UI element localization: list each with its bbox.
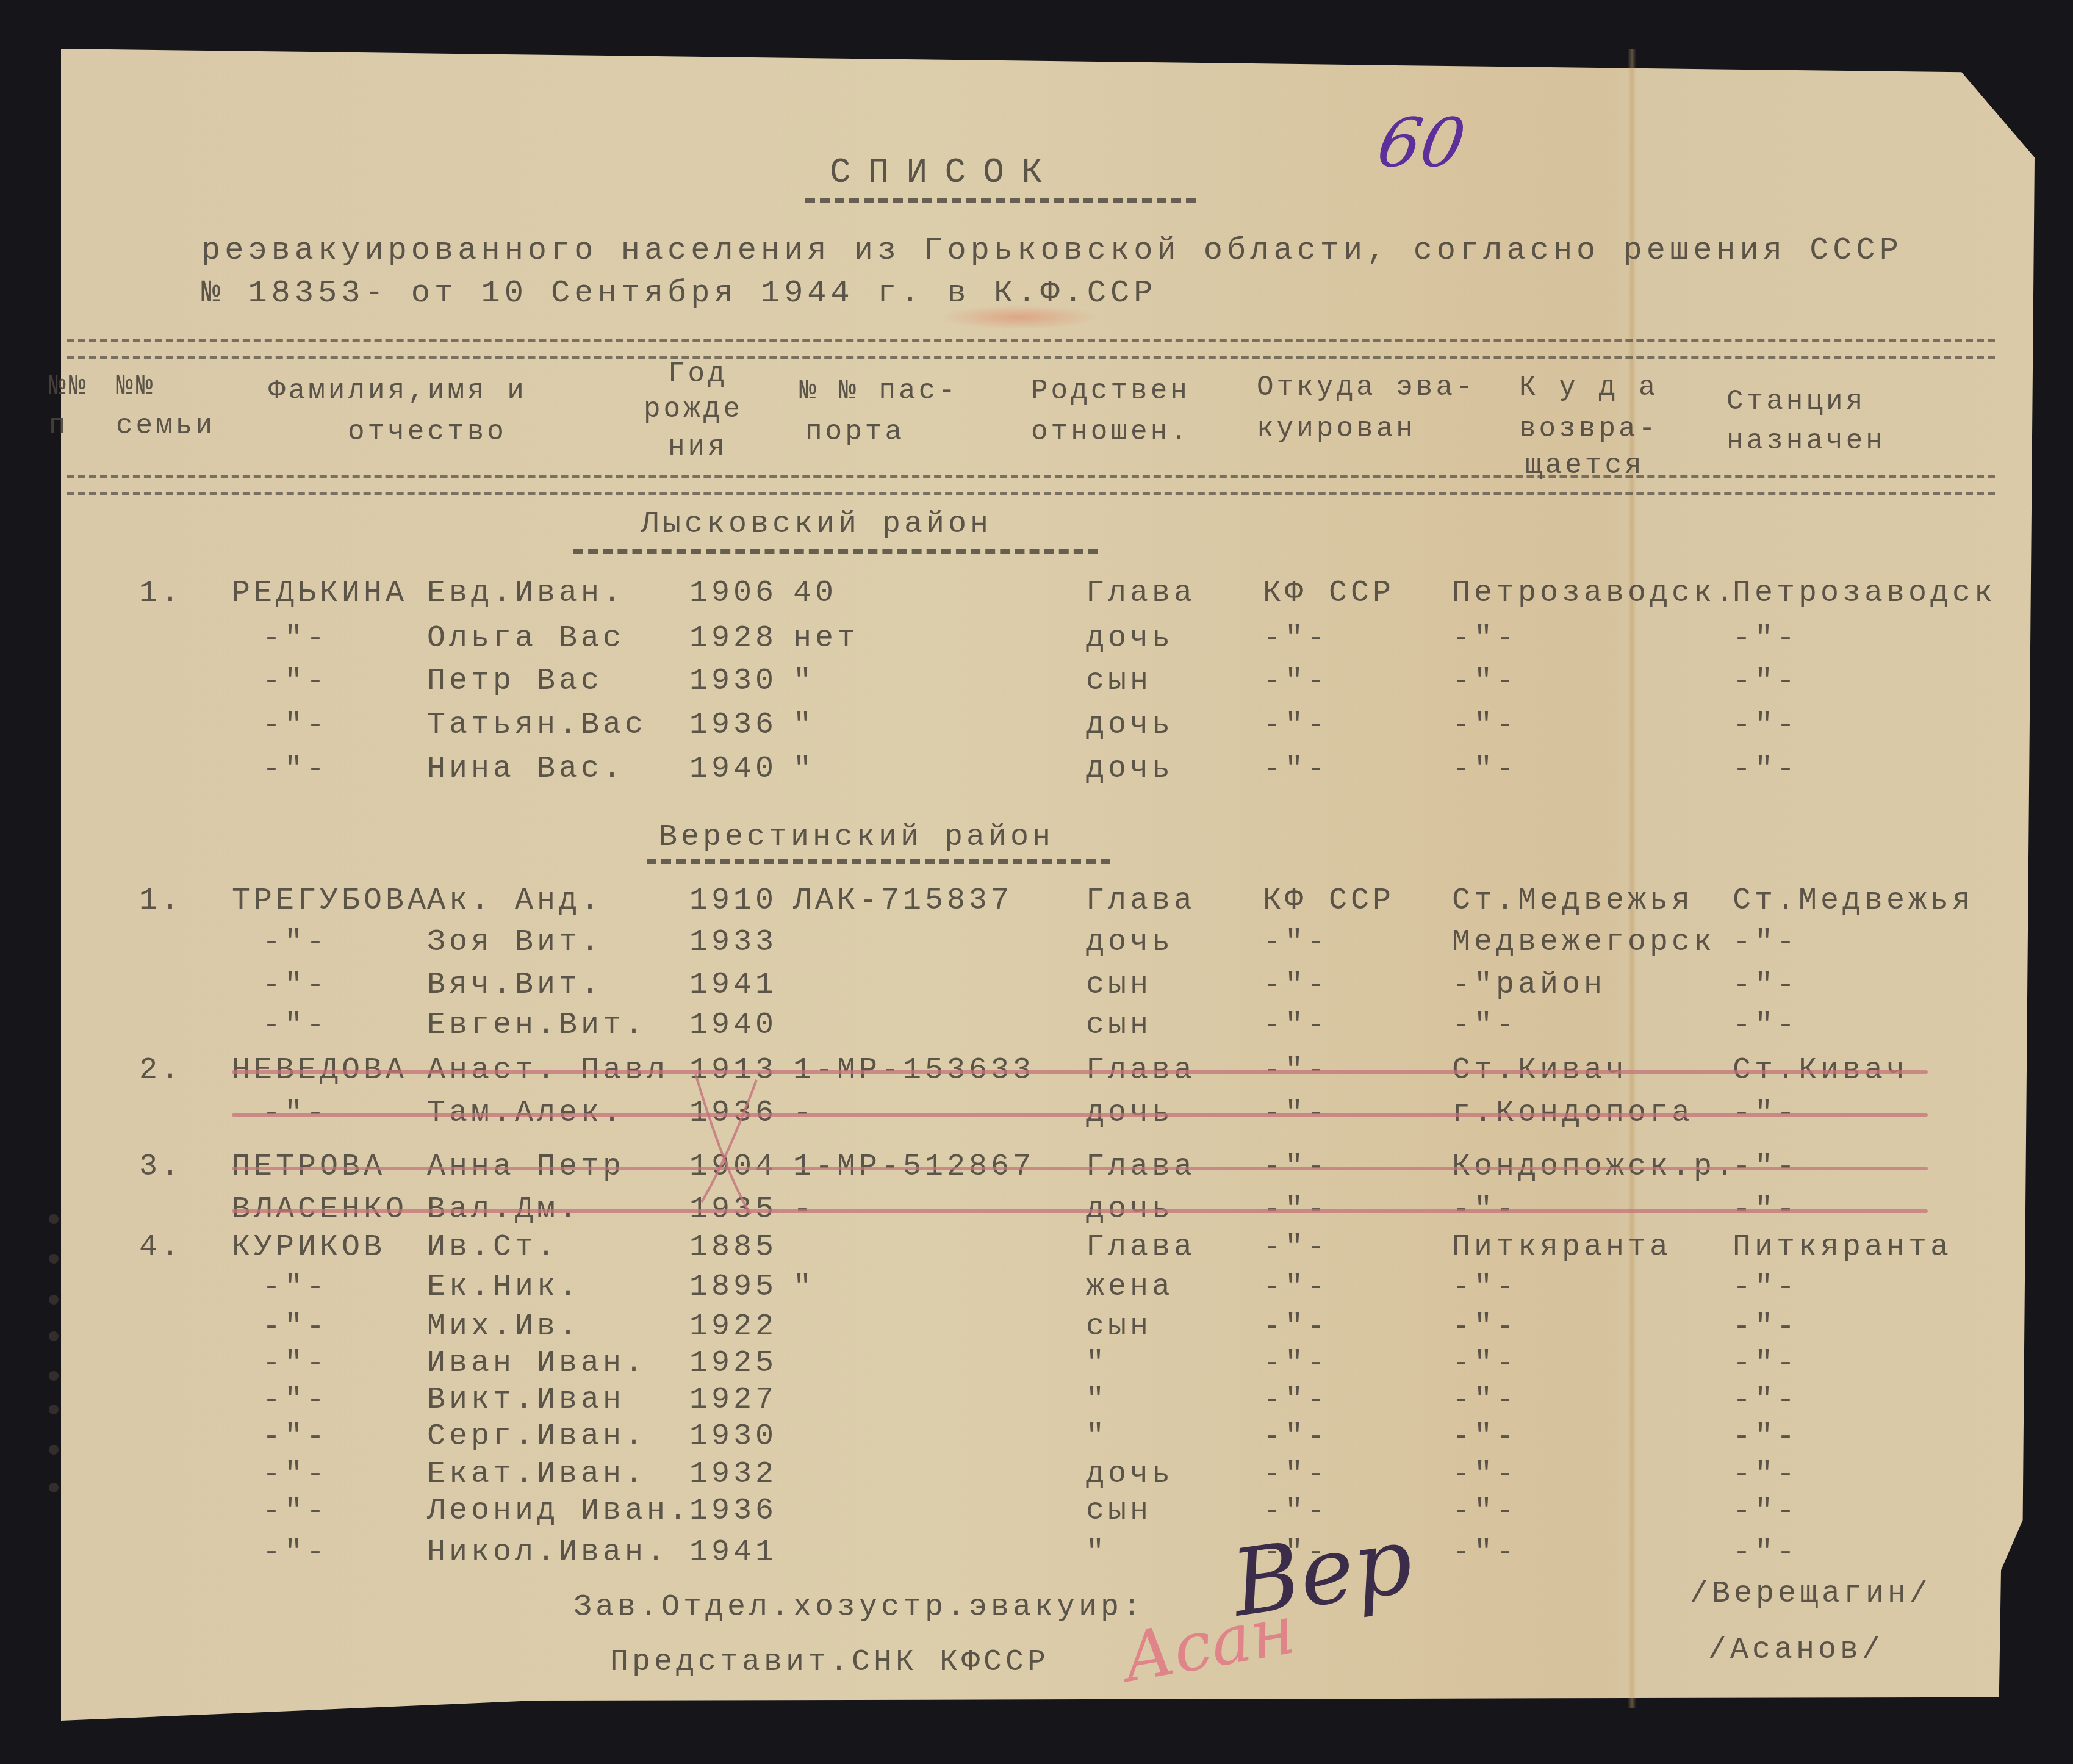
- cell-given: Татьян.Вас: [427, 710, 647, 741]
- paper-fold-line: [1628, 49, 1636, 1708]
- cell-to: -"-: [1452, 666, 1518, 697]
- cell-surname: -"-: [262, 666, 328, 697]
- cell-relation: дочь: [1086, 754, 1174, 785]
- district-underline: [573, 549, 1098, 554]
- cell-relation: сын: [1086, 970, 1152, 1001]
- cell-given: Евген.Вит.: [427, 1010, 647, 1041]
- cell-to: -"-: [1452, 1460, 1518, 1490]
- cell-to: -"-: [1452, 1010, 1518, 1041]
- cell-year: 1885: [689, 1233, 777, 1263]
- signatory-title-1: Зав.Отдел.хозустр.эвакуир:: [573, 1593, 1144, 1623]
- cell-to: -"-: [1452, 1422, 1518, 1452]
- cell-station: -"-: [1733, 754, 1798, 785]
- cell-given: Евд.Иван.: [427, 578, 625, 609]
- cell-to: -"-: [1452, 1538, 1518, 1568]
- cell-surname: КУРИКОВ: [232, 1233, 386, 1263]
- cell-station: -"-: [1733, 1422, 1798, 1452]
- district-heading: Лысковский район: [641, 509, 992, 540]
- cell-relation: ": [1086, 1538, 1108, 1568]
- cell-station: -"-: [1733, 1348, 1798, 1379]
- cell-given: Петр Вас: [427, 666, 603, 697]
- title-underline: [805, 198, 1196, 203]
- document-title: СПИСОК: [830, 156, 1060, 191]
- header-bottom-rule: [67, 475, 1995, 495]
- cell-year: 1940: [689, 754, 777, 785]
- cell-given: Вяч.Вит.: [427, 970, 603, 1001]
- col-header-family-num: №№: [116, 372, 156, 400]
- cell-year: 1932: [689, 1460, 777, 1490]
- cell-surname: -"-: [262, 927, 328, 958]
- strike-through-line: [232, 1113, 1928, 1117]
- cell-relation: Глава: [1086, 578, 1196, 609]
- cell-passport: ": [793, 710, 815, 741]
- cell-station: -"-: [1733, 1010, 1798, 1041]
- cell-from: -"-: [1263, 1010, 1329, 1041]
- cell-surname: -"-: [262, 1312, 328, 1342]
- cell-year: 1930: [689, 666, 777, 697]
- cell-station: Питкяранта: [1733, 1233, 1952, 1263]
- cell-station: -"-: [1733, 1460, 1798, 1490]
- cell-given: Викт.Иван: [427, 1385, 625, 1416]
- cell-year: 1910: [689, 886, 777, 916]
- strike-through-line: [232, 1209, 1928, 1213]
- folio-number: 60: [1372, 104, 1471, 182]
- cell-given: Серг.Иван.: [427, 1422, 647, 1452]
- cell-from: -"-: [1263, 1460, 1329, 1490]
- cell-relation: сын: [1086, 666, 1152, 697]
- cell-surname: РЕДЬКИНА: [232, 578, 408, 609]
- cell-year: 1941: [689, 970, 777, 1001]
- district-heading: Верестинский район: [659, 823, 1054, 853]
- cell-year: 1922: [689, 1312, 777, 1342]
- cell-passport: ЛАК-715837: [793, 886, 1013, 916]
- cell-to: -"-: [1452, 1496, 1518, 1527]
- cell-relation: дочь: [1086, 927, 1174, 958]
- cell-given: Мих.Ив.: [427, 1312, 581, 1342]
- cell-from: КФ ССР: [1263, 578, 1395, 609]
- col-header-relation: Родствен: [1031, 377, 1190, 405]
- cell-station: -"-: [1733, 1538, 1798, 1568]
- cell-to: Медвежегорск: [1452, 927, 1716, 958]
- cell-surname: -"-: [262, 1272, 328, 1303]
- cell-to: Питкяранта: [1452, 1233, 1672, 1263]
- col-header-birth-year: Год: [668, 360, 728, 388]
- document-subtitle-line2: № 18353- от 10 Сентября 1944 г. в К.Ф.СС…: [201, 278, 1157, 309]
- col-header-passport: № № пас-: [799, 377, 958, 405]
- cell-to: Ст.Медвежья: [1452, 886, 1694, 916]
- cell-year: 1895: [689, 1272, 777, 1303]
- document-subtitle-line1: реэвакуированного населения из Горьковск…: [201, 235, 1903, 267]
- cell-station: -"-: [1733, 666, 1798, 697]
- cell-station: -"-: [1733, 624, 1798, 654]
- cell-year: 1940: [689, 1010, 777, 1041]
- cell-from: -"-: [1263, 1272, 1329, 1303]
- cell-from: -"-: [1263, 1233, 1329, 1263]
- cell-surname: -"-: [262, 970, 328, 1001]
- cell-year: 1941: [689, 1538, 777, 1568]
- cell-surname: ТРЕГУБОВА: [232, 886, 429, 916]
- cell-to: Петрозаводск.: [1452, 578, 1737, 609]
- cell-surname: -"-: [262, 1496, 328, 1527]
- cell-passport: ": [793, 754, 815, 785]
- cell-num: 1.: [139, 578, 183, 609]
- pencil-cross-mark: [689, 1062, 763, 1220]
- cell-station: Ст.Медвежья: [1733, 886, 1974, 916]
- cell-from: -"-: [1263, 624, 1329, 654]
- cell-surname: -"-: [262, 624, 328, 654]
- cell-station: -"-: [1733, 927, 1798, 958]
- cell-surname: -"-: [262, 1348, 328, 1379]
- cell-given: Ив.Ст.: [427, 1233, 559, 1263]
- cell-from: -"-: [1263, 970, 1329, 1001]
- cell-surname: -"-: [262, 1385, 328, 1416]
- cell-station: -"-: [1733, 1496, 1798, 1527]
- cell-given: Ек.Ник.: [427, 1272, 581, 1303]
- cell-surname: -"-: [262, 710, 328, 741]
- col-header-to: К у д а: [1519, 373, 1658, 401]
- cell-to: -"-: [1452, 1312, 1518, 1342]
- signatory-title-2: Представит.СНК КФССР: [610, 1647, 1049, 1678]
- cell-relation: сын: [1086, 1010, 1152, 1041]
- strike-through-line: [232, 1070, 1928, 1074]
- cell-relation: дочь: [1086, 710, 1174, 741]
- cell-to: -"-: [1452, 1272, 1518, 1303]
- cell-to: -"-: [1452, 624, 1518, 654]
- cell-relation: Глава: [1086, 886, 1196, 916]
- cell-num: 2.: [139, 1056, 183, 1086]
- cell-to: -"-: [1452, 710, 1518, 741]
- cell-relation: сын: [1086, 1312, 1152, 1342]
- cell-relation: Глава: [1086, 1233, 1196, 1263]
- cell-given: Нина Вас.: [427, 754, 625, 785]
- cell-given: Никол.Иван.: [427, 1538, 669, 1568]
- cell-year: 1927: [689, 1385, 777, 1416]
- cell-year: 1933: [689, 927, 777, 958]
- col-header-num: №№: [49, 372, 88, 400]
- cell-from: -"-: [1263, 710, 1329, 741]
- signatory-name-2: /Асанов/: [1708, 1635, 1884, 1666]
- cell-year: 1906: [689, 578, 777, 609]
- cell-given: Иван Иван.: [427, 1348, 647, 1379]
- cell-station: -"-: [1733, 1385, 1798, 1416]
- cell-station: Петрозаводск: [1733, 578, 1996, 609]
- cell-relation: дочь: [1086, 1460, 1174, 1490]
- cell-passport: нет: [793, 624, 859, 654]
- cell-relation: ": [1086, 1348, 1108, 1379]
- cell-surname: -"-: [262, 1460, 328, 1490]
- cell-from: КФ ССР: [1263, 886, 1395, 916]
- cell-surname: -"-: [262, 754, 328, 785]
- cell-to: -"-: [1452, 1385, 1518, 1416]
- cell-num: 4.: [139, 1233, 183, 1263]
- cell-from: -"-: [1263, 1422, 1329, 1452]
- district-underline: [647, 859, 1110, 864]
- cell-from: -"-: [1263, 666, 1329, 697]
- cell-to: -"-: [1452, 754, 1518, 785]
- cell-from: -"-: [1263, 1312, 1329, 1342]
- cell-surname: -"-: [262, 1422, 328, 1452]
- cell-to: -"-: [1452, 1348, 1518, 1379]
- cell-given: Екат.Иван.: [427, 1460, 647, 1490]
- cell-passport: ": [793, 1272, 815, 1303]
- cell-year: 1928: [689, 624, 777, 654]
- cell-from: -"-: [1263, 1385, 1329, 1416]
- cell-station: -"-: [1733, 1312, 1798, 1342]
- cell-relation: дочь: [1086, 624, 1174, 654]
- cell-passport: 40: [793, 578, 837, 609]
- cell-given: Ольга Вас: [427, 624, 625, 654]
- signatory-name-1: /Верещагин/: [1690, 1579, 1931, 1610]
- col-header-from: Откуда эва-: [1257, 373, 1476, 401]
- cell-station: -"-: [1733, 710, 1798, 741]
- cell-from: -"-: [1263, 1348, 1329, 1379]
- cell-num: 3.: [139, 1152, 183, 1183]
- cell-year: 1936: [689, 1496, 777, 1527]
- cell-station: -"-: [1733, 1272, 1798, 1303]
- cell-surname: -"-: [262, 1010, 328, 1041]
- cell-relation: сын: [1086, 1496, 1152, 1527]
- cell-station: -"-: [1733, 970, 1798, 1001]
- cell-relation: жена: [1086, 1272, 1174, 1303]
- cell-year: 1936: [689, 710, 777, 741]
- cell-num: 1.: [139, 886, 183, 916]
- header-top-rule: [67, 339, 1995, 359]
- strike-through-line: [232, 1167, 1928, 1170]
- cell-given: Леонид Иван.: [427, 1496, 691, 1527]
- cell-year: 1930: [689, 1422, 777, 1452]
- cell-relation: ": [1086, 1422, 1108, 1452]
- cell-passport: ": [793, 666, 815, 697]
- cell-from: -"-: [1263, 754, 1329, 785]
- col-header-name: Фамилия,имя и: [268, 377, 527, 405]
- cell-given: Ак. Анд.: [427, 886, 603, 916]
- cell-relation: ": [1086, 1385, 1108, 1416]
- cell-surname: -"-: [262, 1538, 328, 1568]
- cell-given: Зоя Вит.: [427, 927, 603, 958]
- cell-year: 1925: [689, 1348, 777, 1379]
- cell-to: -"район: [1452, 970, 1606, 1001]
- col-header-station: Станция: [1726, 387, 1866, 416]
- cell-from: -"-: [1263, 927, 1329, 958]
